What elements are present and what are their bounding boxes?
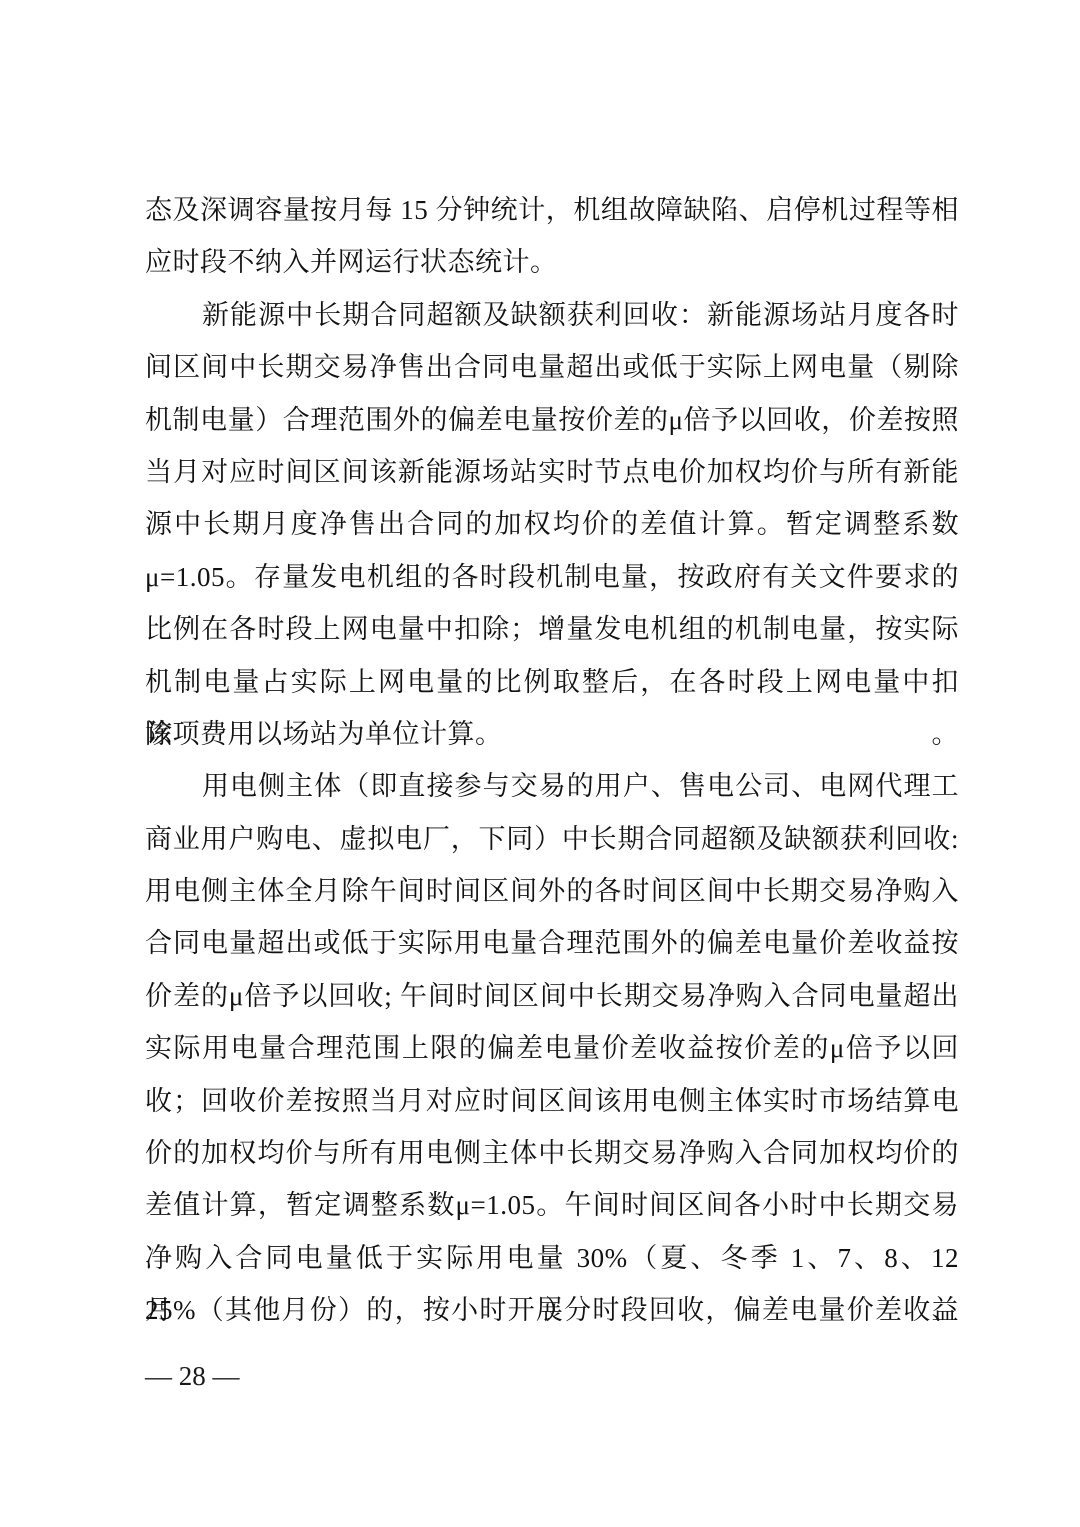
text-line: 比例在各时段上网电量中扣除；增量发电机组的机制电量，按实际: [145, 603, 959, 655]
text-line: 机制电量）合理范围外的偏差电量按价差的μ倍予以回收，价差按照: [145, 394, 959, 446]
text-line: 用电侧主体全月除午间时间区间外的各时间区间中长期交易净购入: [145, 865, 959, 917]
text-line: 用电侧主体（即直接参与交易的用户、售电公司、电网代理工: [145, 760, 959, 812]
text-line: 价差的μ倍予以回收; 午间时间区间中长期交易净购入合同电量超出: [145, 970, 959, 1022]
text-line: μ=1.05。存量发电机组的各时段机制电量，按政府有关文件要求的: [145, 551, 959, 603]
text-line: 差值计算，暂定调整系数μ=1.05。午间时间区间各小时中长期交易: [145, 1179, 959, 1231]
text-line: 机制电量占实际上网电量的比例取整后，在各时段上网电量中扣除。: [145, 656, 959, 708]
text-line: 态及深调容量按月每 15 分钟统计，机组故障缺陷、启停机过程等相: [145, 184, 959, 236]
text-line: 价的加权均价与所有用电侧主体中长期交易净购入合同加权均价的: [145, 1127, 959, 1179]
text-line: 25%（其他月份）的，按小时开展分时段回收，偏差电量价差收益: [145, 1284, 959, 1336]
text-line: 商业用户购电、虚拟电厂，下同）中长期合同超额及缺额获利回收:: [145, 813, 959, 865]
text-line: 当月对应时间区间该新能源场站实时节点电价加权均价与所有新能: [145, 446, 959, 498]
text-line: 新能源中长期合同超额及缺额获利回收：新能源场站月度各时: [145, 289, 959, 341]
text-line: 收；回收价差按照当月对应时间区间该用电侧主体实时市场结算电: [145, 1075, 959, 1127]
text-line: 应时段不纳入并网运行状态统计。: [145, 236, 959, 288]
document-page: 态及深调容量按月每 15 分钟统计，机组故障缺陷、启停机过程等相应时段不纳入并网…: [0, 0, 1080, 1527]
page-number: — 28 —: [145, 1361, 240, 1392]
text-line: 净购入合同电量低于实际用电量 30%（夏、冬季 1、7、8、12 月）、: [145, 1232, 959, 1284]
document-body-text: 态及深调容量按月每 15 分钟统计，机组故障缺陷、启停机过程等相应时段不纳入并网…: [145, 184, 959, 1337]
text-line: 合同电量超出或低于实际用电量合理范围外的偏差电量价差收益按: [145, 917, 959, 969]
text-line: 间区间中长期交易净售出合同电量超出或低于实际上网电量（剔除: [145, 341, 959, 393]
text-line: 源中长期月度净售出合同的加权均价的差值计算。暂定调整系数: [145, 498, 959, 550]
text-line: 实际用电量合理范围上限的偏差电量价差收益按价差的μ倍予以回: [145, 1022, 959, 1074]
